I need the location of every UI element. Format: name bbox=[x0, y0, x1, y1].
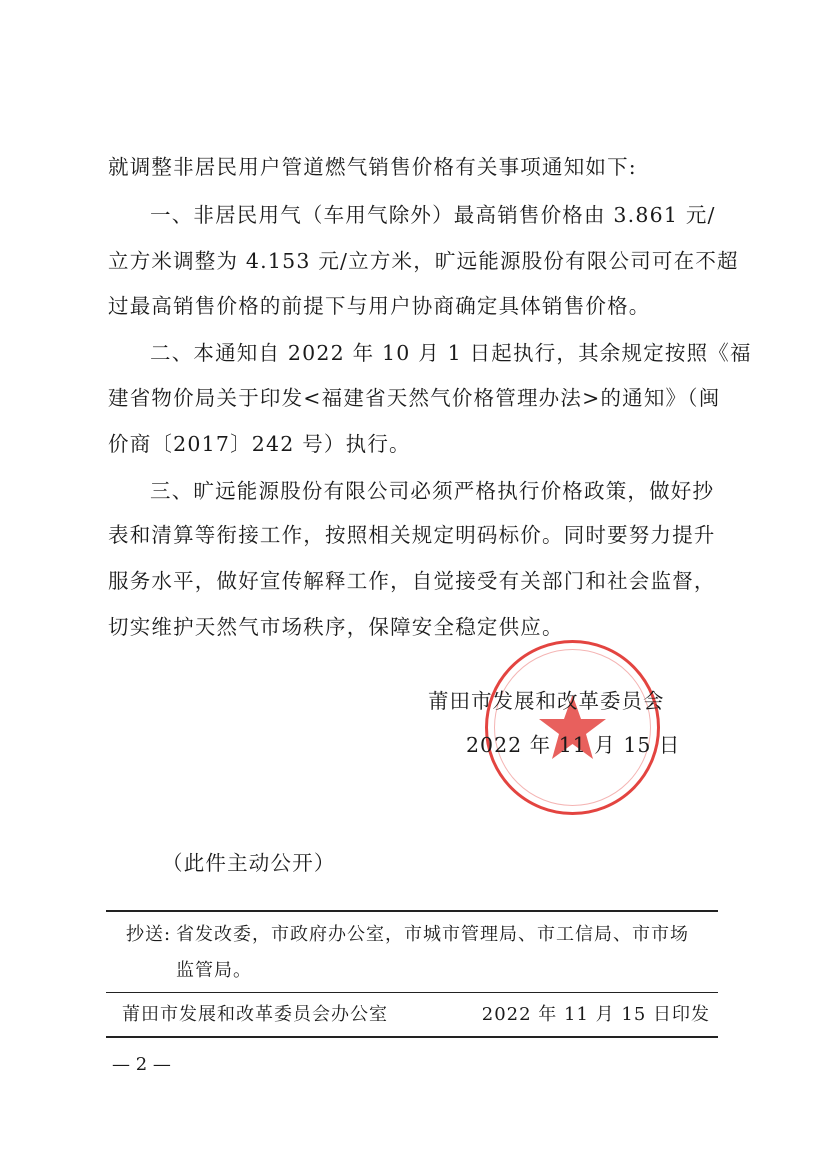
document-page: 就调整非居民用户管道燃气销售价格有关事项通知如下: 一、非居民用气（车用气除外）… bbox=[0, 0, 826, 1174]
body-line-item1-b: 立方米调整为 4.153 元/立方米，旷远能源股份有限公司可在不超 bbox=[108, 246, 718, 276]
body-line-item3-c: 服务水平，做好宣传解释工作，自觉接受有关部门和社会监督， bbox=[108, 566, 718, 596]
body-line-item3-b: 表和清算等衔接工作，按照相关规定明码标价。同时要努力提升 bbox=[108, 520, 718, 550]
issue-date: 2022 年 11 月 15 日 bbox=[466, 730, 680, 760]
disclosure-note: （此件主动公开） bbox=[162, 848, 772, 878]
body-line-intro: 就调整非居民用户管道燃气销售价格有关事项通知如下: bbox=[108, 152, 718, 182]
official-seal bbox=[485, 640, 660, 815]
issuer-name: 莆田市发展和改革委员会 bbox=[428, 686, 665, 716]
divider-bottom bbox=[106, 1036, 718, 1038]
body-line-item1-a: 一、非居民用气（车用气除外）最高销售价格由 3.861 元/ bbox=[150, 200, 760, 230]
cc-recipients-line1: 省发改委，市政府办公室，市城市管理局、市工信局、市市场 bbox=[176, 922, 689, 948]
cc-recipients-line2: 监管局。 bbox=[176, 958, 252, 984]
seal-star-icon bbox=[488, 643, 657, 812]
body-line-item2-a: 二、本通知自 2022 年 10 月 1 日起执行，其余规定按照《福 bbox=[150, 338, 760, 368]
cc-label: 抄送: bbox=[126, 922, 171, 948]
body-line-item2-b: 建省物价局关于印发<福建省天然气价格管理办法>的通知》（闽 bbox=[108, 383, 718, 413]
print-date: 2022 年 11 月 15 日印发 bbox=[438, 1002, 710, 1028]
body-line-item3-a: 三、旷远能源股份有限公司必须严格执行价格政策，做好抄 bbox=[150, 476, 760, 506]
issuing-office: 莆田市发展和改革委员会办公室 bbox=[122, 1002, 388, 1028]
body-line-item2-c: 价商〔2017〕242 号）执行。 bbox=[108, 429, 718, 459]
divider-top bbox=[106, 910, 718, 912]
divider-middle bbox=[106, 992, 718, 993]
page-number: — 2 — bbox=[112, 1054, 171, 1075]
body-line-item1-c: 过最高销售价格的前提下与用户协商确定具体销售价格。 bbox=[108, 291, 718, 321]
body-line-item3-d: 切实维护天然气市场秩序，保障安全稳定供应。 bbox=[108, 612, 718, 642]
